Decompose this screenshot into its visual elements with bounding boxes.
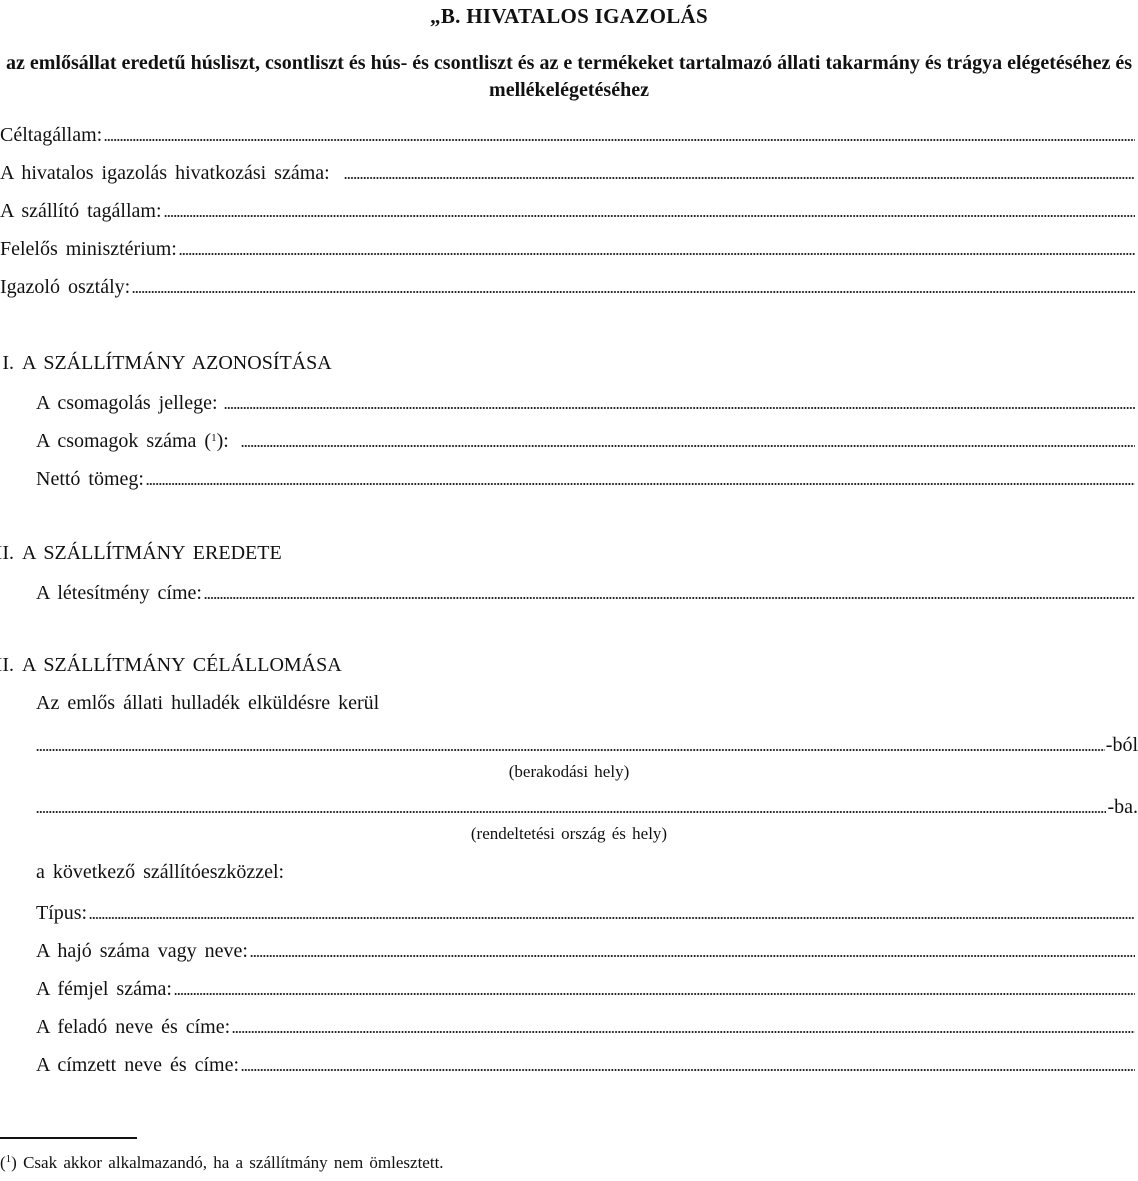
field-label: A hivatalos igazolás hivatkozási száma:	[0, 161, 330, 185]
fill-line[interactable]	[344, 176, 1135, 180]
section-title: A SZÁLLÍTMÁNY AZONOSÍTÁSA	[22, 352, 332, 374]
document-subtitle: az emlősállat eredetű húsliszt, csontlis…	[0, 50, 1138, 104]
section-number: II.	[0, 541, 14, 565]
field-transport-type[interactable]: Típus:	[36, 895, 1136, 925]
fill-line[interactable]	[36, 748, 1105, 752]
field-responsible-ministry[interactable]: Felelős minisztérium:	[0, 231, 1136, 261]
field-dispatching-member-state[interactable]: A szállító tagállam:	[0, 193, 1136, 223]
field-packaging-type[interactable]: A csomagolás jellege:	[36, 385, 1136, 415]
field-certificate-reference-number[interactable]: A hivatalos igazolás hivatkozási száma:	[0, 155, 1136, 185]
caption-loading-place: (berakodási hely)	[0, 762, 1138, 782]
footnote-text: Csak akkor alkalmazandó, ha a szállítmán…	[23, 1153, 443, 1172]
fill-line[interactable]	[224, 406, 1135, 410]
footnote-ref: 1	[211, 432, 217, 444]
caption-destination-place: (rendeltetési ország és hely)	[0, 824, 1138, 844]
fill-line[interactable]	[241, 1068, 1135, 1072]
field-establishment-address[interactable]: A létesítmény címe:	[36, 575, 1136, 605]
field-vessel-name-number[interactable]: A hajó száma vagy neve:	[36, 933, 1136, 963]
field-loading-place[interactable]: -ból	[36, 727, 1138, 757]
fill-line[interactable]	[89, 916, 1135, 920]
field-label: Igazoló osztály:	[0, 275, 130, 299]
field-label: A csomagok száma (1):	[36, 426, 229, 453]
section-title: A SZÁLLÍTMÁNY CÉLÁLLOMÁSA	[22, 654, 342, 676]
field-certifying-department[interactable]: Igazoló osztály:	[0, 269, 1136, 299]
field-number-of-packages[interactable]: A csomagok száma (1):	[36, 423, 1136, 453]
field-label: A hajó száma vagy neve:	[36, 939, 248, 963]
field-consignee[interactable]: A címzett neve és címe:	[36, 1047, 1136, 1077]
fill-line[interactable]	[174, 992, 1135, 996]
fill-line[interactable]	[164, 214, 1135, 218]
field-label: Típus:	[36, 901, 87, 925]
section-heading-destination: III.A SZÁLLÍTMÁNY CÉLÁLLOMÁSA	[0, 653, 342, 677]
field-label: A csomagolás jellege:	[36, 391, 218, 415]
field-consignor[interactable]: A feladó neve és címe:	[36, 1009, 1136, 1039]
fill-line[interactable]	[104, 138, 1135, 142]
fill-line[interactable]	[146, 482, 1135, 486]
field-net-weight[interactable]: Nettó tömeg:	[36, 461, 1136, 491]
field-label: A címzett neve és címe:	[36, 1053, 239, 1077]
footnote-marker: (1)	[0, 1153, 17, 1172]
field-destination-place[interactable]: -ba.	[36, 789, 1138, 819]
footnote: (1) Csak akkor alkalmazandó, ha a szállí…	[0, 1148, 444, 1174]
section-title: A SZÁLLÍTMÁNY EREDETE	[22, 542, 282, 564]
fill-line[interactable]	[204, 596, 1135, 600]
document-title: „B. HIVATALOS IGAZOLÁS	[0, 4, 1138, 29]
section-heading-identification: I.A SZÁLLÍTMÁNY AZONOSÍTÁSA	[0, 351, 332, 375]
section-number: III.	[0, 653, 14, 677]
footnote-divider	[0, 1137, 137, 1139]
field-label: A feladó neve és címe:	[36, 1015, 230, 1039]
transport-intro: a következő szállítóeszközzel:	[36, 860, 284, 884]
suffix-from: -ból	[1106, 733, 1138, 757]
fill-line[interactable]	[250, 954, 1135, 958]
field-label: A létesítmény címe:	[36, 581, 202, 605]
field-label: A szállító tagállam:	[0, 199, 162, 223]
fill-line[interactable]	[232, 1030, 1135, 1034]
suffix-to: -ba.	[1107, 795, 1138, 819]
section-heading-origin: II.A SZÁLLÍTMÁNY EREDETE	[0, 541, 282, 565]
fill-line[interactable]	[241, 444, 1135, 448]
fill-line[interactable]	[132, 290, 1135, 294]
fill-line[interactable]	[179, 252, 1135, 256]
field-label: A fémjel száma:	[36, 977, 172, 1001]
field-destination-member-state[interactable]: Céltagállam:	[0, 117, 1136, 147]
field-seal-number[interactable]: A fémjel száma:	[36, 971, 1136, 1001]
fill-line[interactable]	[36, 810, 1106, 814]
field-label: Céltagállam:	[0, 123, 102, 147]
field-label: Felelős minisztérium:	[0, 237, 177, 261]
dispatch-intro: Az emlős állati hulladék elküldésre kerü…	[36, 691, 379, 715]
field-label: Nettó tömeg:	[36, 467, 144, 491]
section-number: I.	[0, 351, 14, 375]
